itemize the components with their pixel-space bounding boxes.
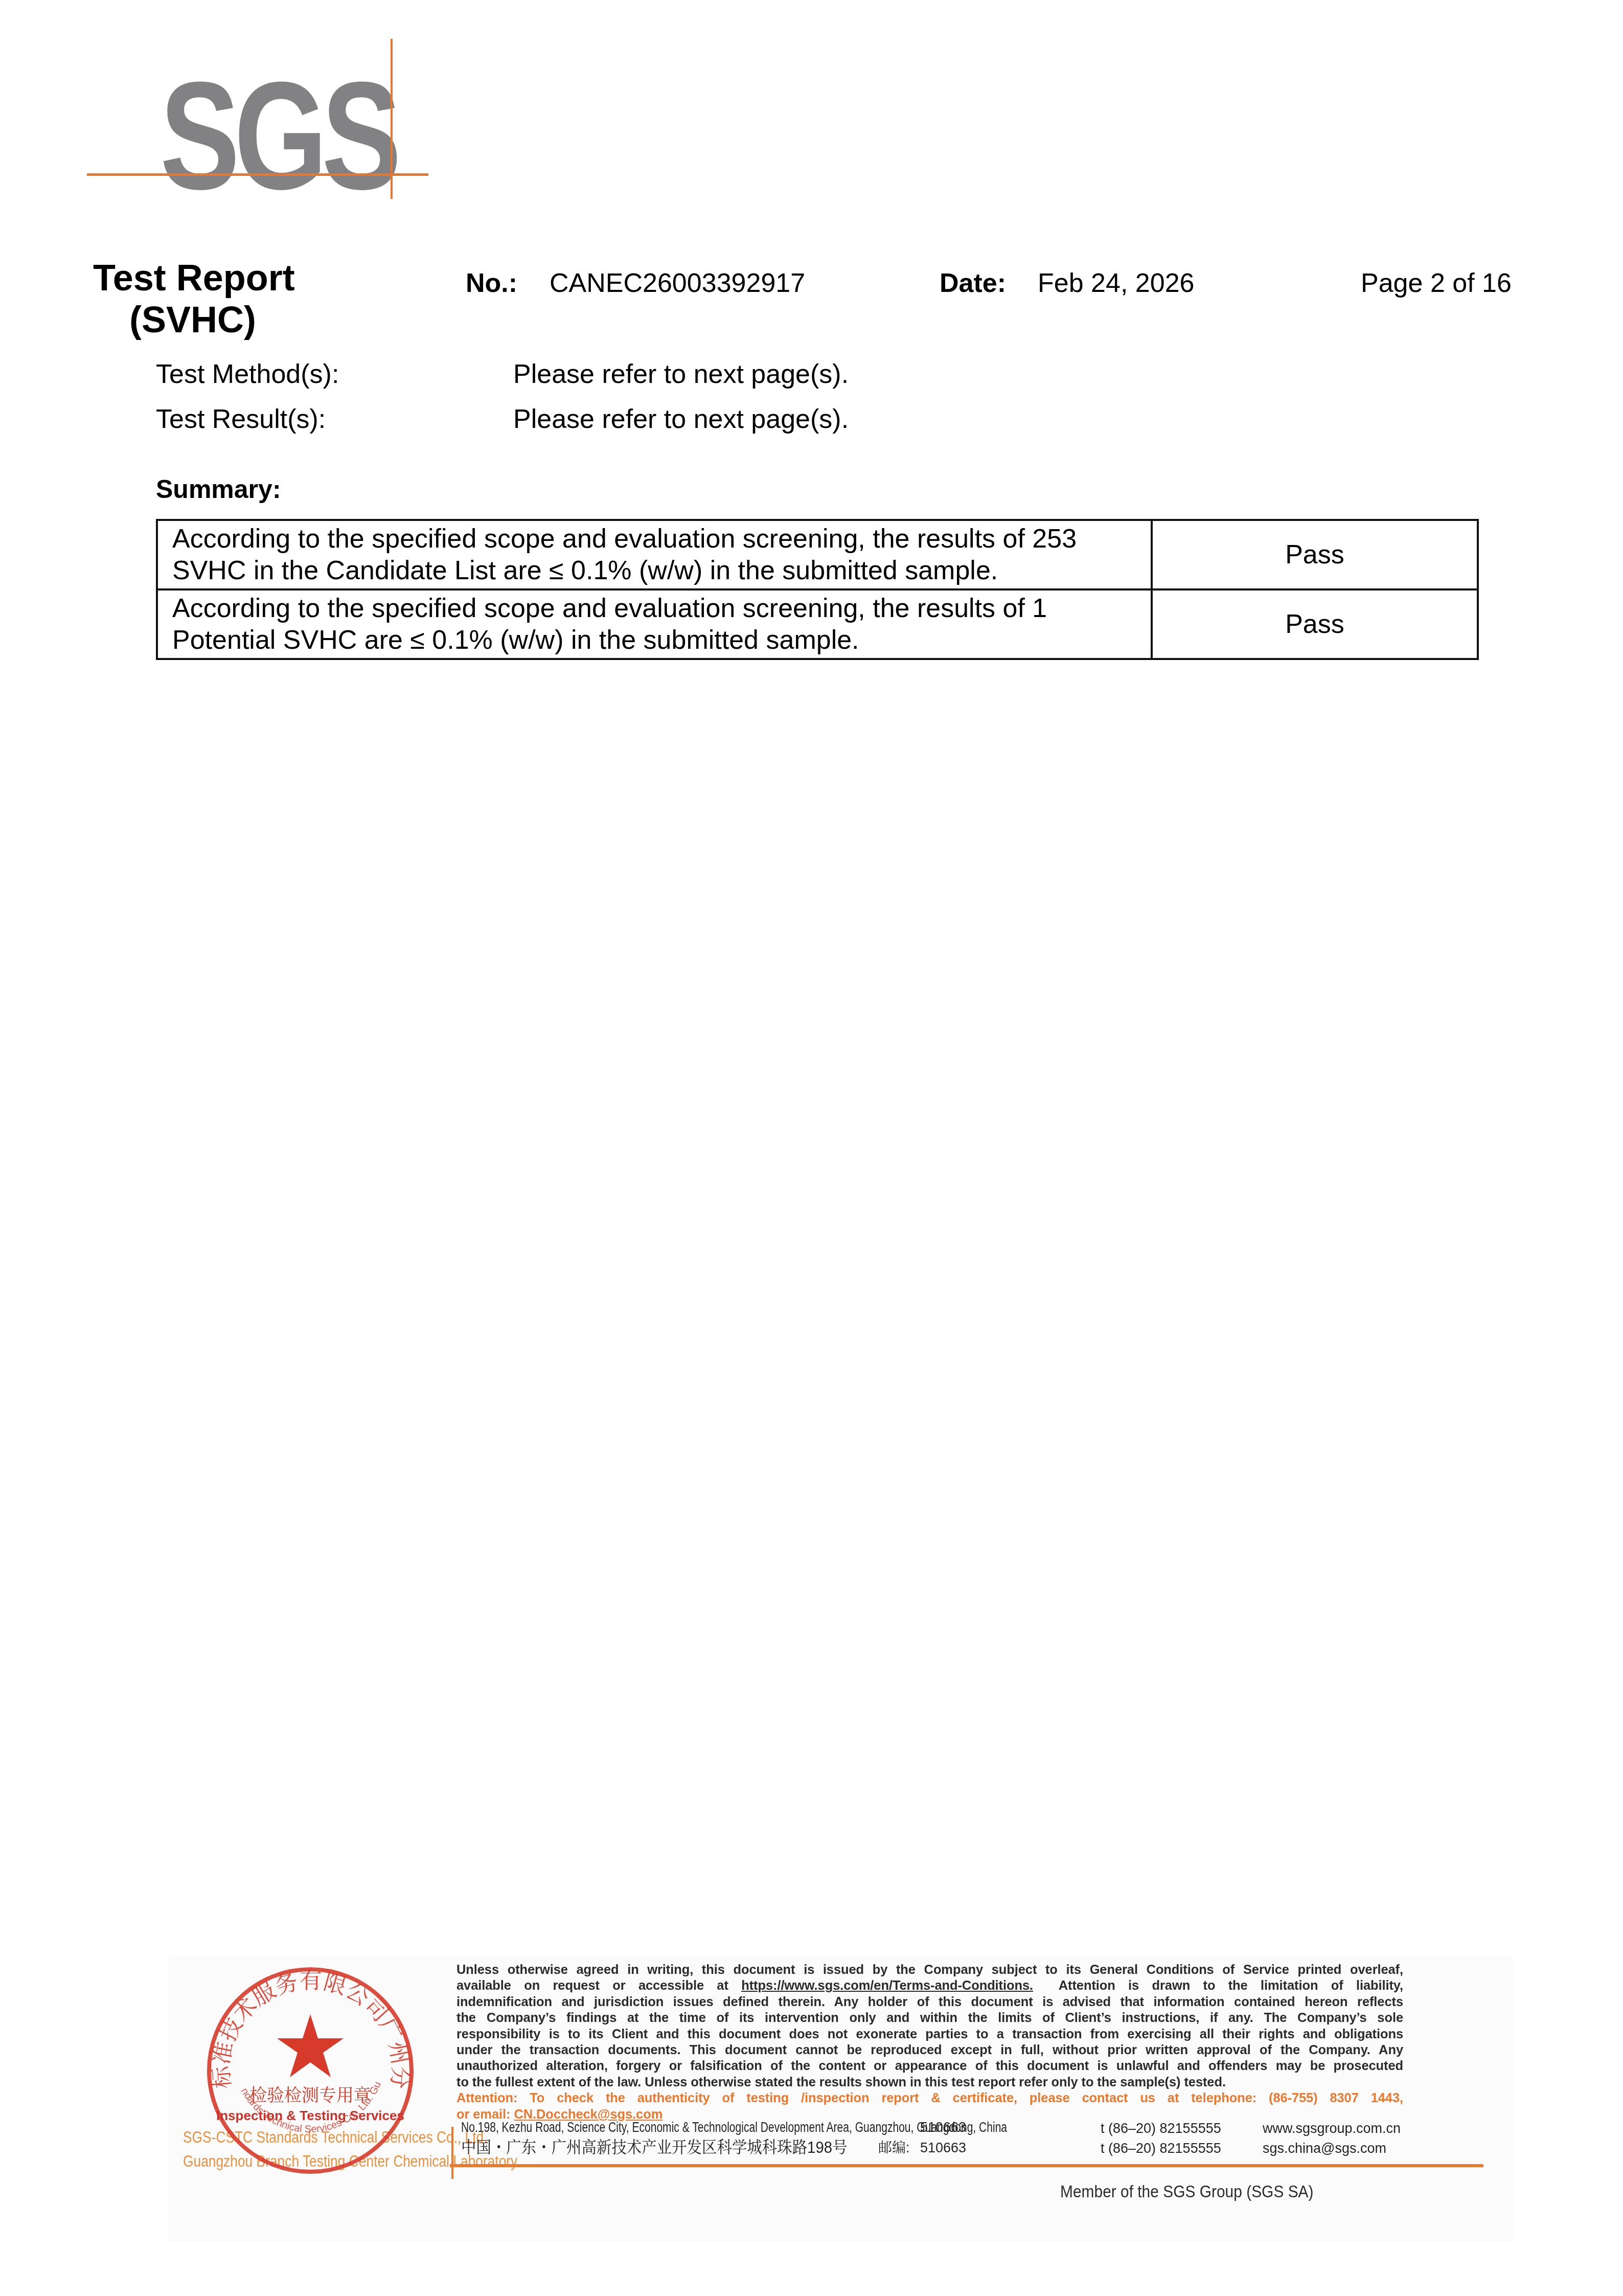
- summary-result: Pass: [1152, 589, 1478, 659]
- postcode-en: 510663: [920, 2121, 966, 2134]
- stamp-center-en: Inspection & Testing Services: [216, 2108, 404, 2123]
- page-indicator: Page 2 of 16: [1361, 270, 1512, 297]
- postcode-cn-label: 邮编:: [878, 2141, 910, 2155]
- report-date: Feb 24, 2026: [1038, 270, 1194, 297]
- sgs-logo: SGS: [77, 31, 445, 204]
- website-link[interactable]: www.sgsgroup.com.cn: [1263, 2122, 1401, 2135]
- test-method-value: Please refer to next page(s).: [513, 361, 849, 388]
- footer-vertical-divider: [451, 2127, 453, 2179]
- footer-disclaimer: Unless otherwise agreed in writing, this…: [456, 1962, 1403, 2123]
- disclaimer-line: the Company’s findings at the time of it…: [456, 2010, 1403, 2026]
- disclaimer-line: to the fullest extent of the law. Unless…: [456, 2075, 1403, 2090]
- summary-heading: Summary:: [156, 476, 281, 502]
- table-row: According to the specified scope and eva…: [157, 520, 1478, 589]
- date-label: Date:: [940, 270, 1006, 297]
- disclaimer-line: under the transaction documents. This do…: [456, 2042, 1403, 2058]
- summary-result: Pass: [1152, 520, 1478, 589]
- summary-description: According to the specified scope and eva…: [157, 589, 1152, 659]
- report-number-label: No.:: [466, 270, 517, 297]
- address-cn: 中国・广东・广州高新技术产业开发区科学城科珠路198号: [461, 2139, 848, 2155]
- china-email-link[interactable]: sgs.china@sgs.com: [1263, 2142, 1386, 2155]
- disclaimer-line: Unless otherwise agreed in writing, this…: [456, 1962, 1403, 1978]
- phone-2: t (86–20) 82155555: [1101, 2142, 1221, 2155]
- attention-line: Attention: To check the authenticity of …: [456, 2090, 1403, 2106]
- terms-link[interactable]: https://www.sgs.com/en/Terms-and-Conditi…: [741, 1979, 1033, 1993]
- postcode-cn: 510663: [920, 2141, 966, 2155]
- test-result-label: Test Result(s):: [156, 406, 326, 433]
- summary-table: According to the specified scope and eva…: [156, 519, 1479, 660]
- table-row: According to the specified scope and eva…: [157, 589, 1478, 659]
- report-subtitle: (SVHC): [129, 302, 256, 338]
- phone-1: t (86–20) 82155555: [1101, 2122, 1221, 2135]
- disclaimer-line: unauthorized alteration, forgery or fals…: [456, 2058, 1403, 2074]
- disclaimer-line: indemnification and jurisdiction issues …: [456, 1994, 1403, 2010]
- disclaimer-line-terms: available on request or accessible at ht…: [456, 1978, 1403, 1994]
- logo-vertical-line: [391, 39, 393, 199]
- member-statement: Member of the SGS Group (SGS SA): [1060, 2183, 1314, 2200]
- stamp-center-cn: 检验检测专用章: [249, 2085, 371, 2106]
- logo-letters: SGS: [160, 59, 396, 212]
- test-method-label: Test Method(s):: [156, 361, 339, 388]
- summary-description: According to the specified scope and eva…: [157, 520, 1152, 589]
- report-number: CANEC26003392917: [550, 270, 805, 297]
- logo-horizontal-line: [87, 173, 428, 176]
- disclaimer-line: responsibility is to its Client and this…: [456, 2027, 1403, 2042]
- footer-horizontal-divider: [450, 2164, 1483, 2167]
- official-stamp-icon: 通标标准技术服务有限公司广州分公司 检验检测专用章 Inspection & T…: [200, 1961, 420, 2180]
- test-result-value: Please refer to next page(s).: [513, 406, 849, 433]
- report-title: Test Report: [93, 260, 295, 297]
